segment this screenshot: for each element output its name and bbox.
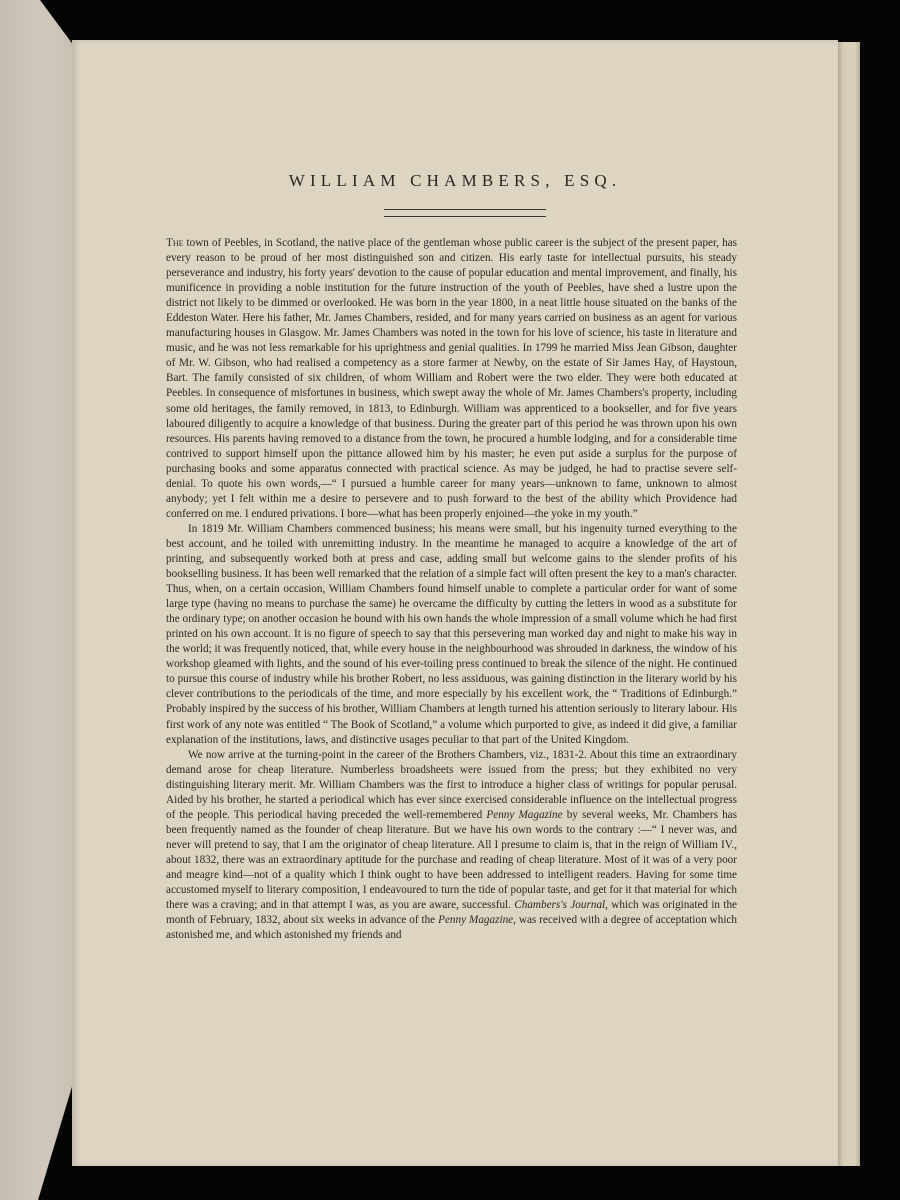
paragraph-3-text-b: by several weeks, Mr. Chambers has been … bbox=[166, 809, 737, 911]
underlying-page-edge bbox=[836, 42, 860, 1166]
book-page: WILLIAM CHAMBERS, ESQ. The town of Peebl… bbox=[72, 40, 838, 1166]
drop-lead-word: The bbox=[166, 237, 184, 249]
paragraph-2: In 1819 Mr. William Chambers commenced b… bbox=[166, 522, 737, 748]
periodical-title: Penny Magazine bbox=[438, 914, 513, 926]
page-title: WILLIAM CHAMBERS, ESQ. bbox=[72, 171, 838, 191]
double-rule-divider bbox=[384, 209, 546, 217]
paragraph-2-text: In 1819 Mr. William Chambers commenced b… bbox=[166, 523, 737, 746]
periodical-title: Penny Magazine bbox=[486, 809, 562, 821]
article-body: The town of Peebles, in Scotland, the na… bbox=[166, 236, 737, 943]
paragraph-3: We now arrive at the turning-point in th… bbox=[166, 748, 737, 944]
facing-page-edge bbox=[0, 0, 74, 1200]
periodical-title: Chambers's Journal bbox=[514, 899, 605, 911]
paragraph-1-text: town of Peebles, in Scotland, the native… bbox=[166, 237, 737, 520]
paragraph-1: The town of Peebles, in Scotland, the na… bbox=[166, 236, 737, 522]
